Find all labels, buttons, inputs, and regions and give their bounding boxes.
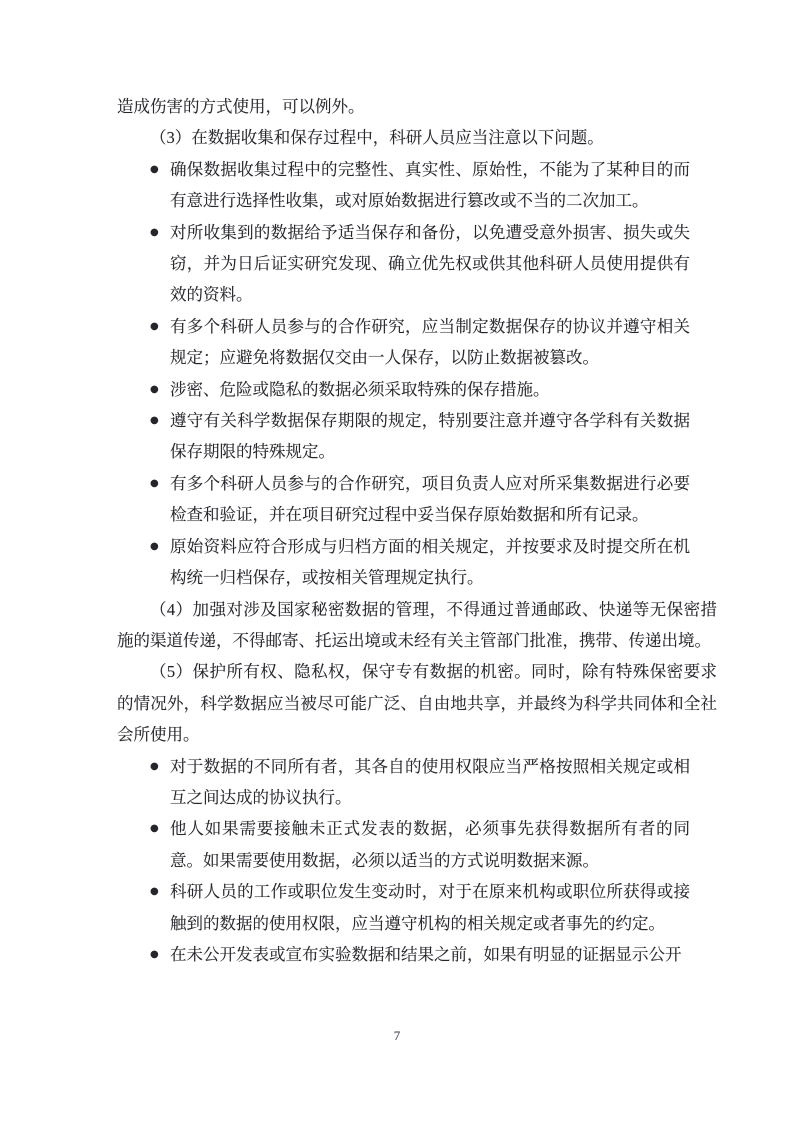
paragraph: （4）加强对涉及国家秘密数据的管理，不得通过普通邮政、快递等无保密措施的渠道传递… <box>117 594 717 657</box>
bullet-item: ● 原始资料应符合形成与归档方面的相关规定，并按要求及时提交所在机构统一归档保存… <box>117 531 717 594</box>
paragraph: （5）保护所有权、隐私权，保守专有数据的机密。同时，除有特殊保密要求的情况外，科… <box>117 656 717 750</box>
bullet-item: ● 涉密、危险或隐私的数据必须采取特殊的保存措施。 <box>117 374 717 405</box>
paragraph: （3）在数据收集和保存过程中，科研人员应当注意以下问题。 <box>117 122 717 153</box>
bullet-text: 原始资料应符合形成与归档方面的相关规定，并按要求及时提交所在机构统一归档保存，或… <box>170 537 690 587</box>
bullet-item: ● 对于数据的不同所有者，其各自的使用权限应当严格按照相关规定或相互之间达成的协… <box>117 751 717 814</box>
bullet-icon: ● <box>150 311 159 342</box>
bullet-icon: ● <box>150 217 159 248</box>
bullet-icon: ● <box>150 751 159 782</box>
bullet-icon: ● <box>150 468 159 499</box>
bullet-item: ● 科研人员的工作或职位发生变动时，对于在原来机构或职位所获得或接触到的数据的使… <box>117 876 717 939</box>
bullet-text: 他人如果需要接触未正式发表的数据，必须事先获得数据所有者的同意。如果需要使用数据… <box>170 819 690 869</box>
bullet-item: ● 确保数据收集过程中的完整性、真实性、原始性，不能为了某种目的而有意进行选择性… <box>117 154 717 217</box>
paragraph: 造成伤害的方式使用，可以例外。 <box>117 91 717 122</box>
document-page: 造成伤害的方式使用，可以例外。 （3）在数据收集和保存过程中，科研人员应当注意以… <box>0 0 794 1123</box>
bullet-icon: ● <box>150 531 159 562</box>
bullet-text: 科研人员的工作或职位发生变动时，对于在原来机构或职位所获得或接触到的数据的使用权… <box>170 882 690 932</box>
bullet-item: ● 他人如果需要接触未正式发表的数据，必须事先获得数据所有者的同意。如果需要使用… <box>117 813 717 876</box>
bullet-text: 对所收集到的数据给予适当保存和备份，以免遭受意外损害、损失或失窃，并为日后证实研… <box>170 223 690 305</box>
bullet-icon: ● <box>150 876 159 907</box>
bullet-icon: ● <box>150 813 159 844</box>
bullet-item: ● 有多个科研人员参与的合作研究，应当制定数据保存的协议并遵守相关规定；应避免将… <box>117 311 717 374</box>
bullet-icon: ● <box>150 405 159 436</box>
bullet-text: 对于数据的不同所有者，其各自的使用权限应当严格按照相关规定或相互之间达成的协议执… <box>170 757 690 807</box>
bullet-icon: ● <box>150 154 159 185</box>
bullet-icon: ● <box>150 374 159 405</box>
bullet-text: 确保数据收集过程中的完整性、真实性、原始性，不能为了某种目的而有意进行选择性收集… <box>170 160 690 210</box>
bullet-text: 有多个科研人员参与的合作研究，应当制定数据保存的协议并遵守相关规定；应避免将数据… <box>170 317 690 367</box>
bullet-item: ● 有多个科研人员参与的合作研究，项目负责人应对所采集数据进行必要检查和验证，并… <box>117 468 717 531</box>
bullet-icon: ● <box>150 939 159 970</box>
bullet-item: ● 在未公开发表或宣布实验数据和结果之前，如果有明显的证据显示公开 <box>117 939 717 970</box>
document-body: 造成伤害的方式使用，可以例外。 （3）在数据收集和保存过程中，科研人员应当注意以… <box>117 91 717 970</box>
bullet-text: 在未公开发表或宣布实验数据和结果之前，如果有明显的证据显示公开 <box>170 945 682 964</box>
bullet-item: ● 遵守有关科学数据保存期限的规定，特别要注意并遵守各学科有关数据保存期限的特殊… <box>117 405 717 468</box>
bullet-text: 涉密、危险或隐私的数据必须采取特殊的保存措施。 <box>170 380 550 399</box>
page-footer: 7 <box>0 1026 794 1046</box>
page-number: 7 <box>394 1028 401 1043</box>
bullet-text: 有多个科研人员参与的合作研究，项目负责人应对所采集数据进行必要检查和验证，并在项… <box>170 474 690 524</box>
bullet-item: ● 对所收集到的数据给予适当保存和备份，以免遭受意外损害、损失或失窃，并为日后证… <box>117 217 717 311</box>
bullet-text: 遵守有关科学数据保存期限的规定，特别要注意并遵守各学科有关数据保存期限的特殊规定… <box>170 411 690 461</box>
